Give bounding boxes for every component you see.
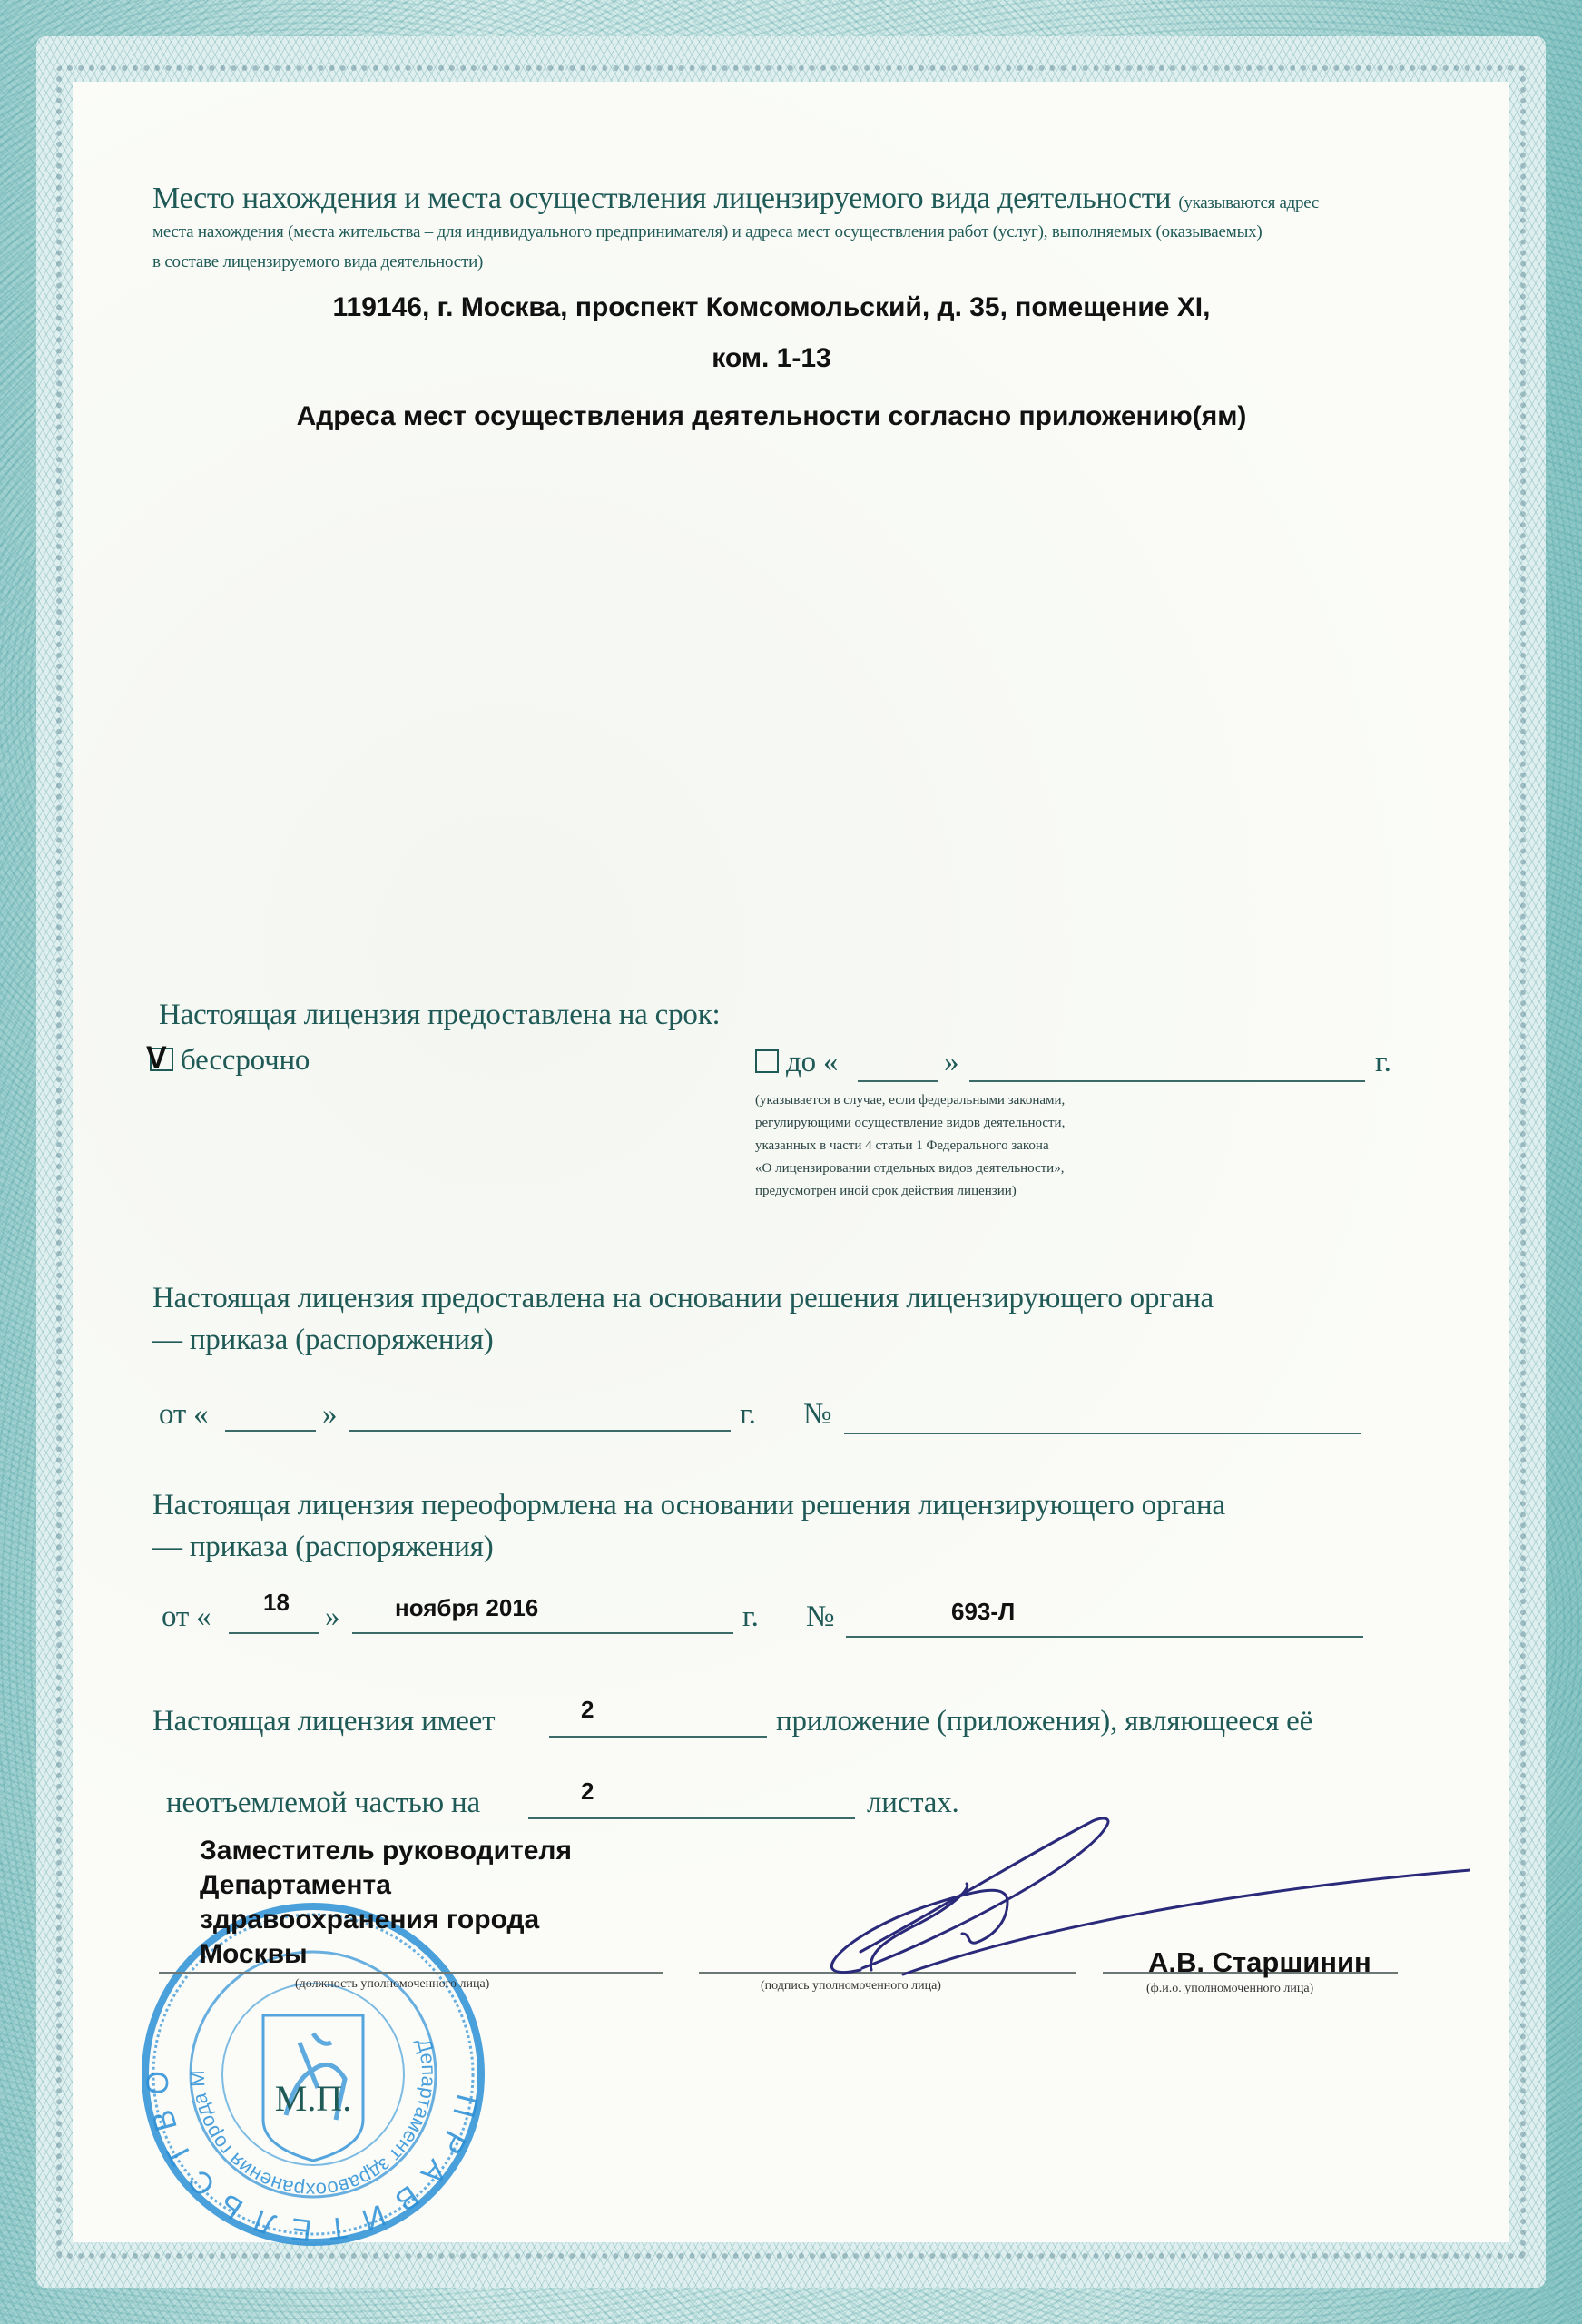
signatory-position: Заместитель руководителя Департамента зд… — [200, 1834, 572, 1972]
reissued-label-2: — приказа (распоряжения) — [152, 1531, 494, 1564]
reissued-day-line — [229, 1632, 319, 1634]
reissued-day: 18 — [263, 1589, 290, 1617]
reissued-from-label: от « — [162, 1600, 211, 1634]
granted-year-suffix: г. — [740, 1398, 756, 1432]
granted-label-2: — приказа (распоряжения) — [152, 1324, 494, 1357]
granted-number-label: № — [803, 1398, 831, 1432]
granted-day-line — [225, 1430, 316, 1432]
term-indefinite-option[interactable]: V бессрочно — [150, 1044, 310, 1078]
term-note-line: регулирующими осуществление видов деятел… — [755, 1112, 1065, 1135]
appendices-prefix: Настоящая лицензия имеет — [152, 1705, 495, 1738]
term-note: (указывается в случае, если федеральными… — [755, 1089, 1065, 1203]
term-note-line: (указывается в случае, если федеральными… — [755, 1089, 1065, 1112]
position-line: Департамента — [200, 1868, 572, 1903]
position-caption: (должность уполномоченного лица) — [295, 1977, 489, 1992]
until-label: до « — [786, 1046, 838, 1078]
location-title-text: Место нахождения и места осуществления л… — [152, 182, 1171, 215]
sheets-prefix: неотъемлемой частью на — [166, 1787, 480, 1820]
term-note-line: «О лицензировании отдельных видов деятел… — [755, 1157, 1065, 1180]
checkmark-icon: V — [146, 1042, 166, 1073]
sheets-count: 2 — [581, 1777, 594, 1806]
location-title-note: (указываются адрес — [1178, 193, 1319, 212]
reissued-number-label: № — [806, 1600, 834, 1634]
until-year-suffix: г. — [1375, 1046, 1391, 1079]
indefinite-checkbox[interactable]: V — [150, 1048, 173, 1071]
address-line-2: ком. 1-13 — [0, 343, 1543, 374]
until-date-line — [969, 1080, 1365, 1082]
location-note-line-3: в составе лицензируемого вида деятельнос… — [152, 252, 483, 272]
handwritten-signature — [744, 1788, 1470, 2006]
term-note-line: предусмотрен иной срок действия лицензии… — [755, 1180, 1065, 1203]
location-note-line-2: места нахождения (места жительства – для… — [152, 222, 1263, 242]
address-line-3: Адреса мест осуществления деятельности с… — [0, 401, 1543, 432]
reissued-date-line — [352, 1632, 733, 1634]
until-day-line — [858, 1080, 938, 1082]
until-close-quote: » — [944, 1046, 958, 1079]
granted-from-label: от « — [159, 1398, 208, 1432]
position-line: Заместитель руководителя — [200, 1834, 572, 1868]
seal-label: М.П. — [275, 2078, 351, 2119]
position-line: Москвы — [200, 1937, 572, 1972]
term-until-option[interactable]: до « — [755, 1046, 838, 1079]
indefinite-label: бессрочно — [181, 1044, 310, 1077]
reissued-year-suffix: г. — [742, 1600, 759, 1634]
granted-date-line — [349, 1430, 731, 1432]
reissued-label-1: Настоящая лицензия переоформлена на осно… — [152, 1489, 1225, 1522]
term-note-line: указанных в части 4 статьи 1 Федеральног… — [755, 1135, 1065, 1157]
appendices-suffix: приложение (приложения), являющееся её — [776, 1705, 1312, 1738]
term-label: Настоящая лицензия предоставлена на срок… — [159, 999, 721, 1032]
granted-number-line — [844, 1433, 1361, 1434]
reissued-close-quote: » — [325, 1600, 339, 1634]
position-line: здравоохранения города — [200, 1903, 572, 1937]
reissued-number: 693-Л — [951, 1598, 1015, 1626]
reissued-number-line — [846, 1636, 1363, 1638]
until-checkbox[interactable] — [755, 1049, 779, 1073]
position-line-rule — [159, 1972, 663, 1974]
address-line-1: 119146, г. Москва, проспект Комсомольски… — [0, 292, 1543, 323]
reissued-month-year: ноября 2016 — [395, 1594, 538, 1622]
location-title: Место нахождения и места осуществления л… — [152, 183, 1319, 214]
granted-close-quote: » — [322, 1398, 337, 1432]
granted-label-1: Настоящая лицензия предоставлена на осно… — [152, 1282, 1214, 1315]
appendices-count-line — [549, 1736, 767, 1738]
appendices-count: 2 — [581, 1696, 594, 1724]
